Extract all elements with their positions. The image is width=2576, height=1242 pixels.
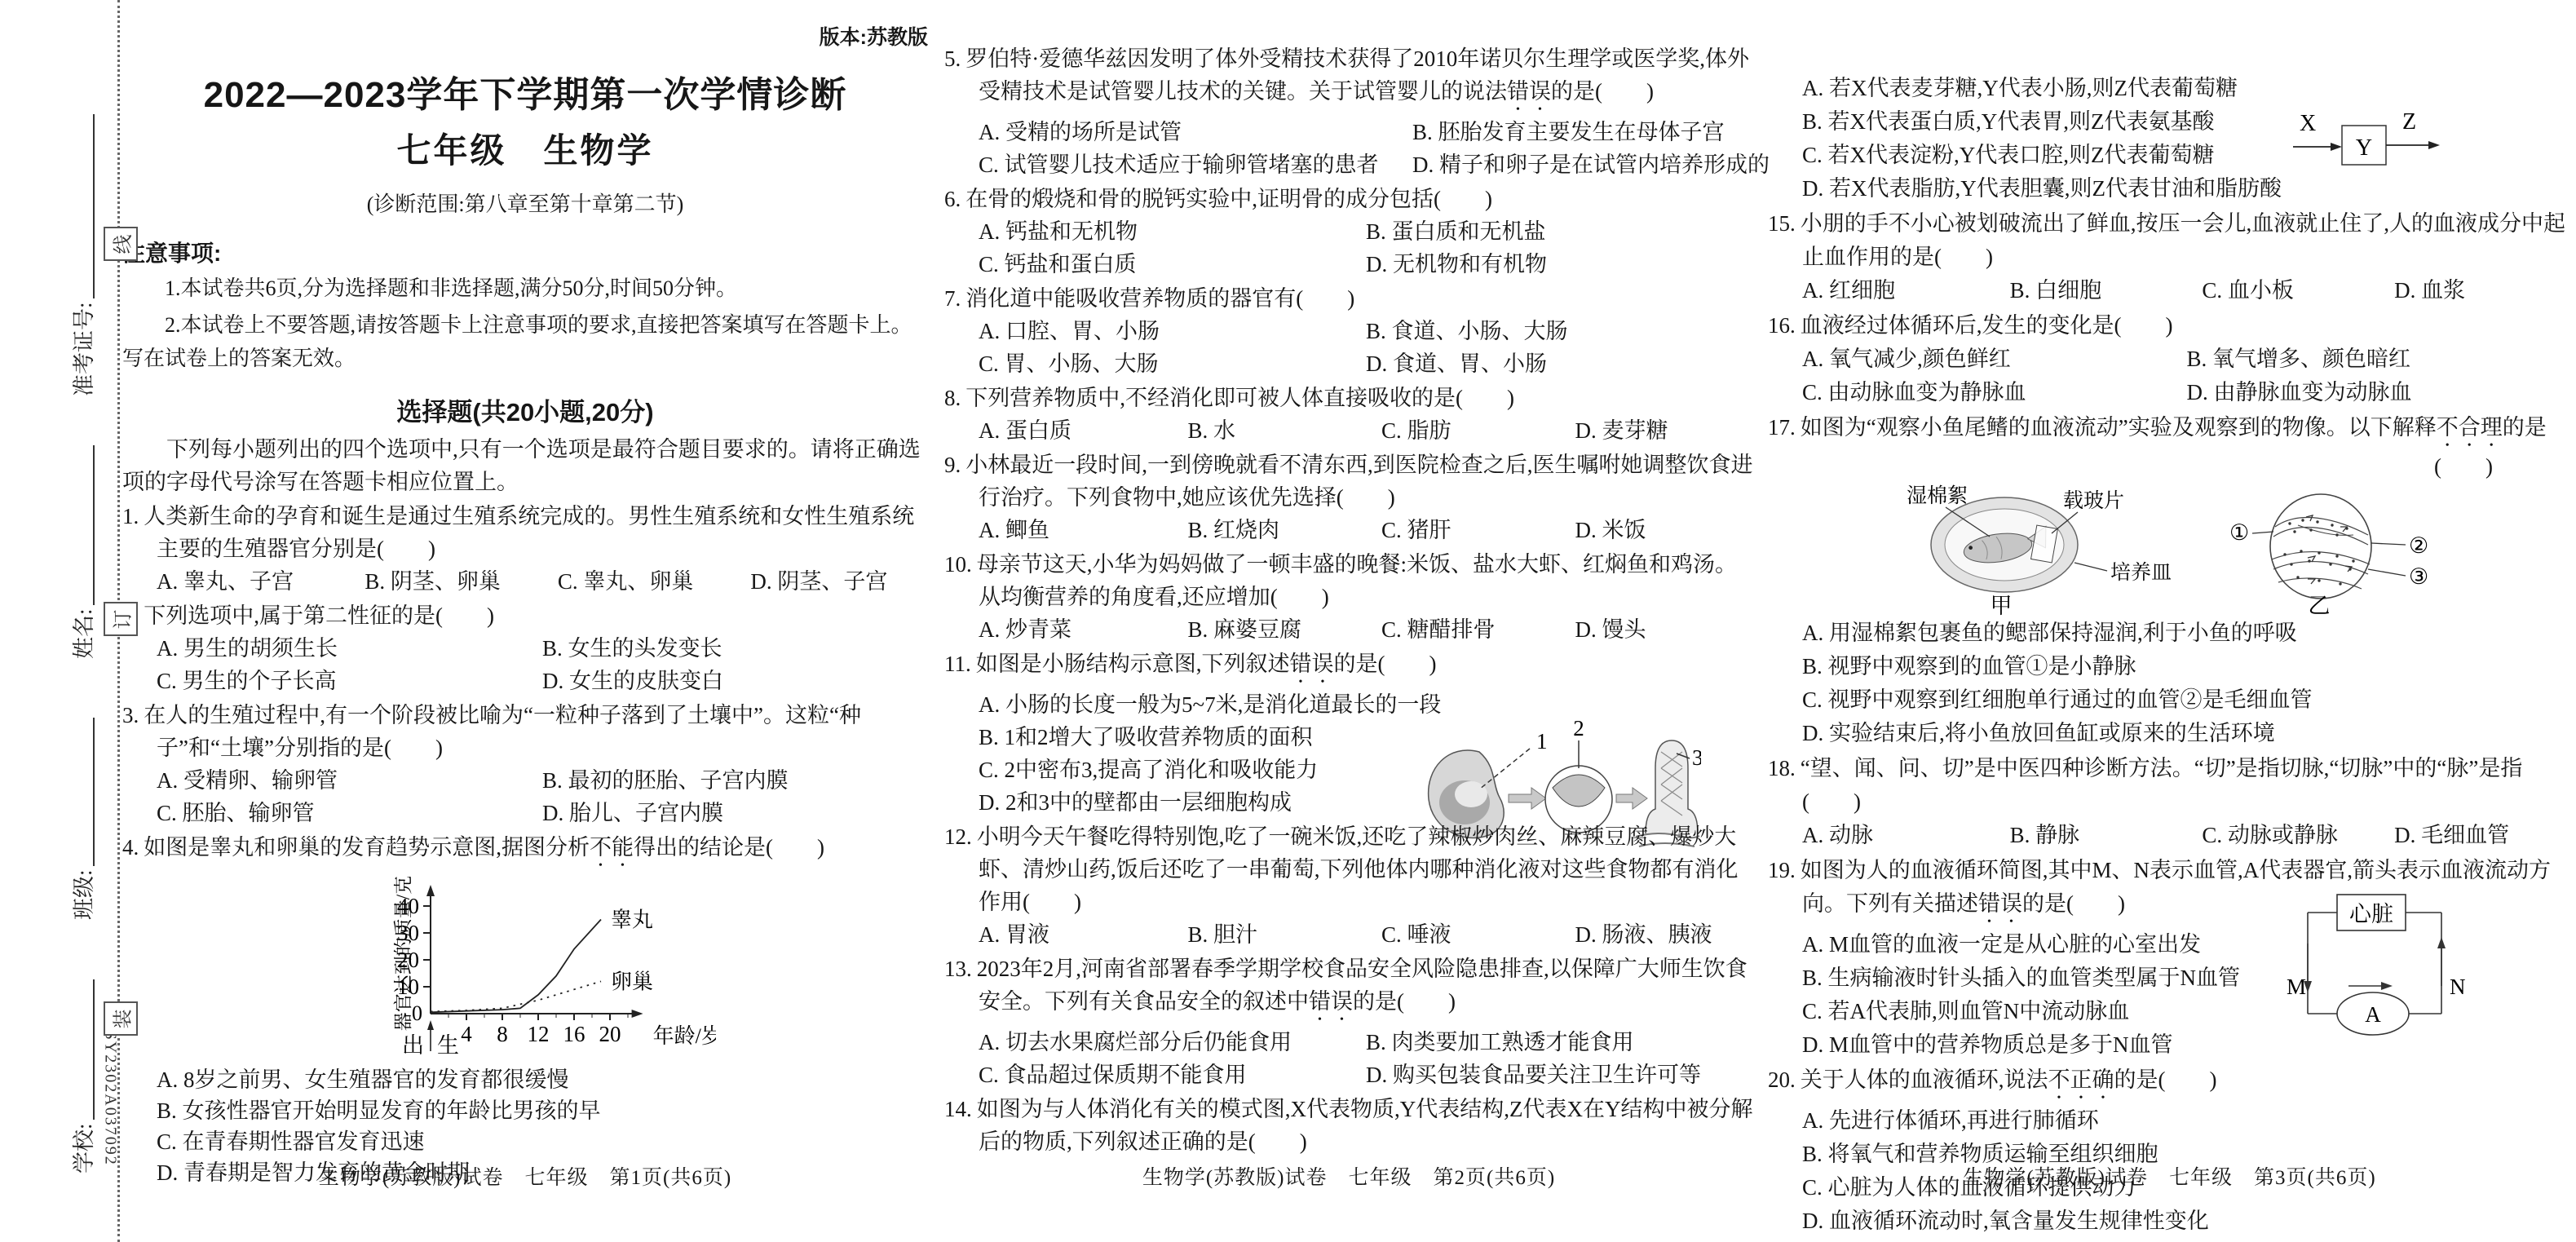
option: A. 若X代表麦芽糖,Y代表小肠,则Z代表葡萄糖 (1802, 72, 2571, 105)
question-number: 18. (1768, 756, 1801, 780)
option: A. 氧气减少,颜色鲜红 (1802, 343, 2187, 376)
section-intro: 下列每小题列出的四个选项中,只有一个选项是最符合题目要求的。请将正确选项的字母代… (122, 433, 928, 498)
options: A. 用湿棉絮包裹鱼的鳃部保持湿润,利于小鱼的呼吸B. 视野中观察到的血管①是小… (1802, 617, 2571, 750)
stem-text: 消化道中能吸收营养物质的器官有( ) (965, 286, 1354, 311)
stem-text-emphasis: 错误 (1978, 891, 2022, 916)
question: 11.如图是小肠结构示意图,下列叙述错误的是( )A. 小肠的长度一般为5~7米… (944, 648, 1753, 819)
option: C. 糖醋排骨 (1381, 613, 1575, 646)
option: B. 胆汁 (1188, 918, 1382, 951)
stem-text: 人类新生命的孕育和诞生是通过生殖系统完成的。男性生殖系统和女性生殖系统主要的生殖… (144, 504, 914, 561)
petri-dish-label: 培养皿 (2110, 561, 2172, 584)
stem-text: 下列选项中,属于第二性征的是( ) (144, 603, 494, 628)
notice-title: 注意事项: (122, 236, 928, 268)
section-title: 选择题(共20小题,20分) (122, 391, 928, 428)
answer-bracket: ( ) (1802, 452, 2571, 481)
question: 1.人类新生命的孕育和诞生是通过生殖系统完成的。男性生殖系统和女性生殖系统主要的… (122, 500, 928, 598)
page2-footer: 生物学(苏教版)试卷 七年级 第2页(共6页) (944, 1161, 1753, 1191)
option: B. 红烧肉 (1188, 514, 1382, 546)
page1-footer: 生物学(苏教版)试卷 七年级 第1页(共6页) (122, 1161, 928, 1191)
options: A. 炒青菜B. 麻婆豆腐C. 糖醋排骨D. 馒头 (979, 613, 1753, 646)
question: 14.如图为与人体消化有关的模式图,X代表物质,Y代表结构,Z代表X在Y结构中被… (944, 1093, 1753, 1158)
stem-text: 母亲节这天,小华为妈妈做了一顿丰盛的晚餐:米饭、盐水大虾、红焖鱼和鸡汤。从均衡营… (977, 552, 1737, 609)
option: C. 睾丸、卵巢 (558, 565, 751, 598)
notice-item: 2.本试卷上不要答题,请按答题卡上注意事项的要求,直接把答案填写在答题卡上。写在… (122, 308, 928, 375)
options: A. 钙盐和无机物B. 蛋白质和无机盐C. 钙盐和蛋白质D. 无机物和有机物 (979, 215, 1753, 281)
paper-code: ZSY2302A037092 (101, 1019, 120, 1150)
question-stem: 3.在人的生殖过程中,有一个阶段被比喻为“一粒种子落到了土壤中”。这粒“种子”和… (157, 699, 928, 764)
options: A. 睾丸、子宫B. 阴茎、卵巢C. 睾丸、卵巢D. 阴茎、子宫 (157, 565, 928, 598)
option: B. 女孩性器官开始明显发育的年龄比男孩的早 (157, 1095, 928, 1126)
option: A. 男生的胡须生长 (157, 632, 542, 665)
exam-paper: { "margin": { "binding_chars": ["线", "订"… (0, 0, 2576, 1242)
origin-label: 生 (437, 1033, 459, 1058)
option: A. 胃液 (979, 918, 1188, 951)
question: 10.母亲节这天,小华为妈妈做了一顿丰盛的晚餐:米饭、盐水大虾、红焖鱼和鸡汤。从… (944, 548, 1753, 646)
page-column-1: 版本:苏教版 2022—2023学年下学期第一次学情诊断 七年级 生物学 (诊断… (122, 0, 928, 1242)
stem-text: 小明今天午餐吃得特别饱,吃了一碗米饭,还吃了辣椒炒肉丝、麻辣豆腐、爆炒大虾、清炒… (977, 824, 1739, 914)
edition-label: 版本:苏教版 (122, 21, 928, 51)
question-stem: 9.小林最近一段时间,一到傍晚就看不清东西,到医院检查之后,医生嘱咐她调整饮食进… (979, 449, 1753, 514)
margin-field-blank (73, 979, 95, 1120)
question-stem: 15.小朋的手不小心被划破流出了鲜血,按压一会儿,血液就止住了,人的血液成分中起… (1802, 207, 2571, 274)
binding-mark: 装 (104, 1001, 138, 1036)
stem-text: 如图为与人体消化有关的模式图,X代表物质,Y代表结构,Z代表X在Y结构中被分解后… (977, 1097, 1753, 1154)
option: A. 睾丸、子宫 (157, 565, 365, 598)
svg-text:4: 4 (461, 1022, 472, 1046)
option: A. 先进行体循环,再进行肺循环 (1802, 1104, 2571, 1138)
question-number: 7. (944, 286, 965, 311)
stem-text: 在人的生殖过程中,有一个阶段被比喻为“一粒种子落到了土壤中”。这粒“种子”和“土… (144, 703, 861, 760)
question-stem: 5.罗伯特·爱德华兹因发明了体外受精技术获得了2010年诺贝尔生理学或医学奖,体… (979, 42, 1753, 116)
stem-text: 的是( ) (1551, 79, 1654, 104)
question-number: 13. (944, 957, 977, 981)
option: D. 实验结束后,将小鱼放回鱼缸或原来的生活环境 (1802, 717, 2571, 750)
options: A. 受精的场所是试管B. 胚胎发育主要发生在母体子宫C. 试管婴儿技术适应于输… (979, 116, 1753, 181)
option: A. 炒青菜 (979, 613, 1188, 646)
binding-mark-char: 订 (107, 609, 135, 629)
figure-caption-right: 乙 (2309, 594, 2331, 617)
question-stem: 20.关于人体的血液循环,说法不正确的是( ) (1802, 1063, 2571, 1104)
margin-field: 班级: (67, 695, 96, 920)
part-label: 3 (1692, 745, 1701, 770)
series-label: 卵巢 (611, 970, 653, 993)
option: A. 受精的场所是试管 (979, 116, 1412, 148)
option: B. 女生的头发变长 (542, 632, 928, 665)
option: A. 用湿棉絮包裹鱼的鳃部保持湿润,利于小鱼的呼吸 (1802, 617, 2571, 650)
question-number: 6. (944, 187, 965, 211)
y-axis-label: 器官达到的质量/克 (393, 877, 413, 1031)
question: 2.下列选项中,属于第二性征的是( )A. 男生的胡须生长B. 女生的头发变长C… (122, 599, 928, 697)
binding-mark: 线 (104, 227, 138, 261)
options: A. 口腔、胃、小肠B. 食道、小肠、大肠C. 胃、小肠、大肠D. 食道、胃、小… (979, 315, 1753, 380)
option: B. 麻婆豆腐 (1188, 613, 1382, 646)
options: A. 切去水果腐烂部分后仍能食用B. 肉类要加工熟透才能食用C. 食品超过保质期… (979, 1026, 1753, 1091)
margin-field-label: 学校: (69, 1123, 99, 1173)
option: C. 试管婴儿技术适应于输卵管堵塞的患者 (979, 148, 1412, 181)
option: D. 肠液、胰液 (1575, 918, 1754, 951)
question: 7.消化道中能吸收营养物质的器官有( )A. 口腔、胃、小肠B. 食道、小肠、大… (944, 282, 1753, 380)
question: 6.在骨的煅烧和骨的脱钙实验中,证明骨的成分包括( )A. 钙盐和无机物B. 蛋… (944, 183, 1753, 281)
svg-text:16: 16 (563, 1022, 585, 1046)
option: D. 毛细血管 (2394, 819, 2571, 852)
stem-text: 小林最近一段时间,一到傍晚就看不清东西,到医院检查之后,医生嘱咐她调整饮食进行治… (965, 453, 1752, 510)
testis-ovary-growth-chart: 01020304048121620睾丸卵巢器官达到的质量/克年龄/岁出生 (259, 877, 716, 1061)
question-number: 10. (944, 552, 977, 577)
option: C. 由动脉血变为静脉血 (1802, 376, 2187, 409)
page-column-2: 5.罗伯特·爱德华兹因发明了体外受精技术获得了2010年诺贝尔生理学或医学奖,体… (944, 0, 1753, 1242)
stem-text: 在骨的煅烧和骨的脱钙实验中,证明骨的成分包括( ) (965, 187, 1492, 211)
question-stem: 13.2023年2月,河南省部署春季学期学校食品安全风险隐患排查,以保障广大师生… (979, 952, 1753, 1026)
question-stem: 7.消化道中能吸收营养物质的器官有( ) (979, 282, 1753, 315)
page-column-3: A. 若X代表麦芽糖,Y代表小肠,则Z代表葡萄糖B. 若X代表蛋白质,Y代表胃,… (1768, 0, 2571, 1242)
option: D. 馒头 (1575, 613, 1754, 646)
questions-col3: A. 若X代表麦芽糖,Y代表小肠,则Z代表葡萄糖B. 若X代表蛋白质,Y代表胃,… (1768, 72, 2571, 1238)
question: 3.在人的生殖过程中,有一个阶段被比喻为“一粒种子落到了土壤中”。这粒“种子”和… (122, 699, 928, 829)
option: D. 阴茎、子宫 (750, 565, 928, 598)
stem-text: 下列营养物质中,不经消化即可被人体直接吸收的是( ) (965, 386, 1514, 410)
question-number: 19. (1768, 858, 1801, 882)
option: D. 米饭 (1575, 514, 1754, 546)
option: B. 阴茎、卵巢 (365, 565, 558, 598)
stem-text: 得出的结论是( ) (634, 835, 824, 860)
option: B. 水 (1188, 414, 1382, 447)
binding-mark-char: 线 (107, 234, 135, 254)
vessel-m-label: M (2287, 975, 2306, 999)
stem-text: “望、闻、问、切”是中医四种诊断方法。“切”是指切脉,“切脉”中的“脉”是指( … (1801, 756, 2523, 814)
question: 15.小朋的手不小心被划破流出了鲜血,按压一会儿,血液就止住了,人的血液成分中起… (1768, 207, 2571, 307)
question-number: 15. (1768, 211, 1801, 236)
option: A. 鲫鱼 (979, 514, 1188, 546)
organ-a-label: A (2365, 1002, 2381, 1027)
figure: 01020304048121620睾丸卵巢器官达到的质量/克年龄/岁出生 (259, 877, 928, 1061)
question-stem: 10.母亲节这天,小华为妈妈做了一顿丰盛的晚餐:米饭、盐水大虾、红焖鱼和鸡汤。从… (979, 548, 1753, 613)
question-number: 17. (1768, 415, 1801, 440)
question: 20.关于人体的血液循环,说法不正确的是( )A. 先进行体循环,再进行肺循环B… (1768, 1063, 2571, 1238)
margin-field-label: 姓名: (69, 608, 99, 659)
page3-footer: 生物学(苏教版)试卷 七年级 第3页(共6页) (1768, 1161, 2571, 1191)
notice-item: 1.本试卷共6页,分为选择题和非选择题,满分50分,时间50分钟。 (122, 272, 928, 305)
options: A. 鲫鱼B. 红烧肉C. 猪肝D. 米饭 (979, 514, 1753, 546)
question-number: 3. (122, 703, 144, 727)
binding-mark: 订 (104, 602, 138, 636)
option: C. 动脉或静脉 (2202, 819, 2394, 852)
option: A. 动脉 (1802, 819, 2010, 852)
vessel-1-label: ① (2229, 520, 2249, 545)
question-stem: 16.血液经过体循环后,发生的变化是( ) (1802, 309, 2571, 343)
part-label: 1 (1536, 729, 1548, 754)
question: 4.如图是睾丸和卵巢的发育趋势示意图,据图分析不能得出的结论是( )010203… (122, 831, 928, 1188)
option: B. 胚胎发育主要发生在母体子宫 (1412, 116, 1753, 148)
option: C. 在青春期性器官发育迅速 (157, 1126, 928, 1157)
options: A. 红细胞B. 白细胞C. 血小板D. 血浆 (1802, 274, 2571, 307)
margin-field: 姓名: (67, 421, 96, 659)
binding-mark-char: 装 (107, 1009, 135, 1028)
question-stem: 17.如图为“观察小鱼尾鳍的血液流动”实验及观察到的物像。以下解释不合理的是 (1802, 411, 2571, 452)
question-stem: 14.如图为与人体消化有关的模式图,X代表物质,Y代表结构,Z代表X在Y结构中被… (979, 1093, 1753, 1158)
paper-title: 2022—2023学年下学期第一次学情诊断 (122, 65, 928, 117)
product-z-label: Z (2402, 109, 2416, 135)
stem-text: 小朋的手不小心被划破流出了鲜血,按压一会儿,血液就止住了,人的血液成分中起止血作… (1801, 211, 2565, 269)
option: B. 静脉 (2010, 819, 2203, 852)
margin-field-blank (73, 114, 95, 298)
option: C. 钙盐和蛋白质 (979, 248, 1366, 281)
question-number: 9. (944, 453, 965, 477)
options: A. 受精卵、输卵管B. 最初的胚胎、子宫内膜C. 胚胎、输卵管D. 胎儿、子宫… (157, 764, 928, 829)
figure: 心脏AMN (2285, 890, 2466, 1046)
option: A. 蛋白质 (979, 414, 1188, 447)
vessel-n-label: N (2450, 975, 2466, 999)
question-number: 1. (122, 504, 144, 528)
options: A. 若X代表麦芽糖,Y代表小肠,则Z代表葡萄糖B. 若X代表蛋白质,Y代表胃,… (1802, 72, 2571, 206)
question: 19.如图为人的血液循环简图,其中M、N表示血管,A代表器官,箭头表示血液流动方… (1768, 854, 2571, 1062)
stem-text: 血液经过体循环后,发生的变化是( ) (1801, 313, 2173, 338)
question: 13.2023年2月,河南省部署春季学期学校食品安全风险隐患排查,以保障广大师生… (944, 952, 1753, 1091)
question-number: 4. (122, 835, 144, 860)
stem-text: 的是( ) (1334, 652, 1437, 676)
option: D. 无机物和有机物 (1366, 248, 1753, 281)
figure: XYZ (2291, 109, 2446, 171)
figure-caption-left: 甲 (1991, 594, 2013, 617)
option: A. 8岁之前男、女生殖器官的发育都很缓慢 (157, 1064, 928, 1095)
option: D. 血浆 (2394, 274, 2571, 307)
option: A. 小肠的长度一般为5~7米,是消化道最长的一段 (979, 688, 1753, 721)
option: B. 最初的胚胎、子宫内膜 (542, 764, 928, 797)
question: 9.小林最近一段时间,一到傍晚就看不清东西,到医院检查之后,医生嘱咐她调整饮食进… (944, 449, 1753, 546)
option: D. 精子和卵子是在试管内培养形成的 (1412, 148, 1753, 181)
question: A. 若X代表麦芽糖,Y代表小肠,则Z代表葡萄糖B. 若X代表蛋白质,Y代表胃,… (1768, 72, 2571, 206)
slide-label: 载玻片 (2063, 489, 2124, 512)
stem-text: 的是( ) (1353, 989, 1456, 1014)
question: 16.血液经过体循环后,发生的变化是( )A. 氧气减少,颜色鲜红B. 氧气增多… (1768, 309, 2571, 409)
svg-text:20: 20 (599, 1022, 621, 1046)
option: A. 红细胞 (1802, 274, 2010, 307)
digestion-flow-diagram: XYZ (2291, 109, 2446, 171)
option: B. 食道、小肠、大肠 (1366, 315, 1753, 347)
stem-text-emphasis: 错误 (1290, 652, 1334, 676)
blood-circulation-diagram: 心脏AMN (2285, 890, 2466, 1046)
wet-cotton-label: 湿棉絮 (1907, 484, 1968, 507)
stem-text-emphasis: 不正确 (2048, 1067, 2114, 1092)
option: C. 猪肝 (1381, 514, 1575, 546)
question-number: 16. (1768, 313, 1801, 338)
option: C. 脂肪 (1381, 414, 1575, 447)
questions-col1: 1.人类新生命的孕育和诞生是通过生殖系统完成的。男性生殖系统和女性生殖系统主要的… (122, 500, 928, 1188)
series-label: 睾丸 (611, 908, 653, 932)
option: B. 视野中观察到的血管①是小静脉 (1802, 650, 2571, 683)
options: A. 胃液B. 胆汁C. 唾液D. 肠液、胰液 (979, 918, 1753, 951)
option: A. 切去水果腐烂部分后仍能食用 (979, 1026, 1366, 1059)
questions-col2: 5.罗伯特·爱德华兹因发明了体外受精技术获得了2010年诺贝尔生理学或医学奖,体… (944, 42, 1753, 1158)
option: D. 由静脉血变为动脉血 (2187, 376, 2572, 409)
option: B. 肉类要加工熟透才能食用 (1366, 1026, 1753, 1059)
question: 8.下列营养物质中,不经消化即可被人体直接吸收的是( )A. 蛋白质B. 水C.… (944, 382, 1753, 447)
structure-y-label: Y (2356, 135, 2372, 161)
origin-label: 出 (402, 1033, 424, 1058)
options: A. 氧气减少,颜色鲜红B. 氧气增多、颜色暗红C. 由动脉血变为静脉血D. 由… (1802, 343, 2571, 409)
options: A. 男生的胡须生长B. 女生的头发变长C. 男生的个子长高D. 女生的皮肤变白 (157, 632, 928, 697)
option: B. 蛋白质和无机盐 (1366, 215, 1753, 248)
question-stem: 1.人类新生命的孕育和诞生是通过生殖系统完成的。男性生殖系统和女性生殖系统主要的… (157, 500, 928, 565)
option: B. 白细胞 (2010, 274, 2203, 307)
question-stem: 12.小明今天午餐吃得特别饱,吃了一碗米饭,还吃了辣椒炒肉丝、麻辣豆腐、爆炒大虾… (979, 820, 1753, 918)
margin-field-blank (73, 718, 95, 866)
margin-field: 准考证号: (67, 93, 96, 396)
question-number: 11. (944, 652, 976, 676)
question-stem: 18.“望、闻、问、切”是中医四种诊断方法。“切”是指切脉,“切脉”中的“脉”是… (1802, 752, 2571, 819)
option: A. 钙盐和无机物 (979, 215, 1366, 248)
option: D. 购买包装食品要关注卫生许可等 (1366, 1059, 1753, 1091)
question: 17.如图为“观察小鱼尾鳍的血液流动”实验及观察到的物像。以下解释不合理的是( … (1768, 411, 2571, 750)
option: B. 若X代表蛋白质,Y代表胃,则Z代表氨基酸 (1802, 105, 2571, 139)
question: 5.罗伯特·爱德华兹因发明了体外受精技术获得了2010年诺贝尔生理学或医学奖,体… (944, 42, 1753, 181)
margin-field: 学校: (67, 957, 96, 1173)
svg-text:8: 8 (497, 1022, 508, 1046)
option: C. 胚胎、输卵管 (157, 797, 542, 829)
part-label: 2 (1573, 719, 1584, 740)
vessel-3-label: ③ (2409, 564, 2428, 589)
fish-tail-experiment-diagram: 湿棉絮载玻片培养皿甲①②③乙 (1809, 484, 2543, 617)
option: C. 血小板 (2202, 274, 2394, 307)
options: A. 蛋白质B. 水C. 脂肪D. 麦芽糖 (979, 414, 1753, 447)
stem-text: 如图为“观察小鱼尾鳍的血液流动”实验及观察到的物像。以下解释 (1801, 415, 2437, 440)
option: D. 女生的皮肤变白 (542, 665, 928, 697)
option: D. 若X代表脂肪,Y代表胆囊,则Z代表甘油和脂肪酸 (1802, 172, 2571, 206)
stem-text: 关于人体的血液循环,说法 (1801, 1067, 2048, 1092)
stem-text-emphasis: 不合理 (2437, 415, 2503, 440)
question-number: 5. (944, 46, 965, 71)
question-number: 20. (1768, 1067, 1801, 1092)
margin-field-label: 班级: (69, 869, 99, 920)
question: 12.小明今天午餐吃得特别饱,吃了一碗米饭,还吃了辣椒炒肉丝、麻辣豆腐、爆炒大虾… (944, 820, 1753, 951)
margin-field-blank (73, 445, 95, 605)
figure: 湿棉絮载玻片培养皿甲①②③乙 (1809, 484, 2571, 617)
question-stem: 2.下列选项中,属于第二性征的是( ) (157, 599, 928, 632)
options: A. 动脉B. 静脉C. 动脉或静脉D. 毛细血管 (1802, 819, 2571, 852)
vessel-2-label: ② (2409, 533, 2428, 558)
option: C. 唾液 (1381, 918, 1575, 951)
substance-x-label: X (2300, 111, 2316, 136)
stem-text: 的是 (2503, 415, 2547, 440)
option: C. 若X代表淀粉,Y代表口腔,则Z代表葡萄糖 (1802, 139, 2571, 172)
diagnosis-scope: (诊断范围:第八章至第十章第二节) (122, 188, 928, 218)
stem-text: 的是( ) (2022, 891, 2125, 916)
paper-subtitle: 七年级 生物学 (122, 124, 928, 173)
option: A. 受精卵、输卵管 (157, 764, 542, 797)
option: D. 麦芽糖 (1575, 414, 1754, 447)
option: C. 男生的个子长高 (157, 665, 542, 697)
x-axis-label: 年龄/岁 (653, 1024, 716, 1048)
question-number: 8. (944, 386, 965, 410)
stem-text-emphasis: 错误 (1507, 79, 1551, 104)
option: A. 口腔、胃、小肠 (979, 315, 1366, 347)
question-stem: 6.在骨的煅烧和骨的脱钙实验中,证明骨的成分包括( ) (979, 183, 1753, 215)
option: D. 血液循环流动时,氧含量发生规律性变化 (1802, 1204, 2571, 1238)
option: C. 胃、小肠、大肠 (979, 347, 1366, 380)
question-stem: 4.如图是睾丸和卵巢的发育趋势示意图,据图分析不能得出的结论是( ) (157, 831, 928, 872)
stem-text: 如图是睾丸和卵巢的发育趋势示意图,据图分析 (144, 835, 590, 860)
question-stem: 11.如图是小肠结构示意图,下列叙述错误的是( ) (979, 648, 1753, 688)
notice-list: 1.本试卷共6页,分为选择题和非选择题,满分50分,时间50分钟。2.本试卷上不… (122, 272, 928, 375)
option: D. 食道、胃、小肠 (1366, 347, 1753, 380)
option: D. 胎儿、子宫内膜 (542, 797, 928, 829)
heart-label: 心脏 (2349, 902, 2393, 926)
question-number: 12. (944, 824, 977, 849)
option: C. 视野中观察到红细胞单行通过的血管②是毛细血管 (1802, 683, 2571, 717)
question-stem: 8.下列营养物质中,不经消化即可被人体直接吸收的是( ) (979, 382, 1753, 414)
option: B. 氧气增多、颜色暗红 (2187, 343, 2572, 376)
question: 18.“望、闻、问、切”是中医四种诊断方法。“切”是指切脉,“切脉”中的“脉”是… (1768, 752, 2571, 852)
margin-field-label: 准考证号: (69, 302, 99, 396)
question-number: 14. (944, 1097, 977, 1121)
stem-text-emphasis: 错误 (1309, 989, 1353, 1014)
stem-text: 的是( ) (2114, 1067, 2217, 1092)
svg-text:12: 12 (528, 1022, 550, 1046)
option: C. 食品超过保质期不能食用 (979, 1059, 1366, 1091)
stem-text-emphasis: 不能 (590, 835, 634, 860)
stem-text: 如图是小肠结构示意图,下列叙述 (976, 652, 1290, 676)
